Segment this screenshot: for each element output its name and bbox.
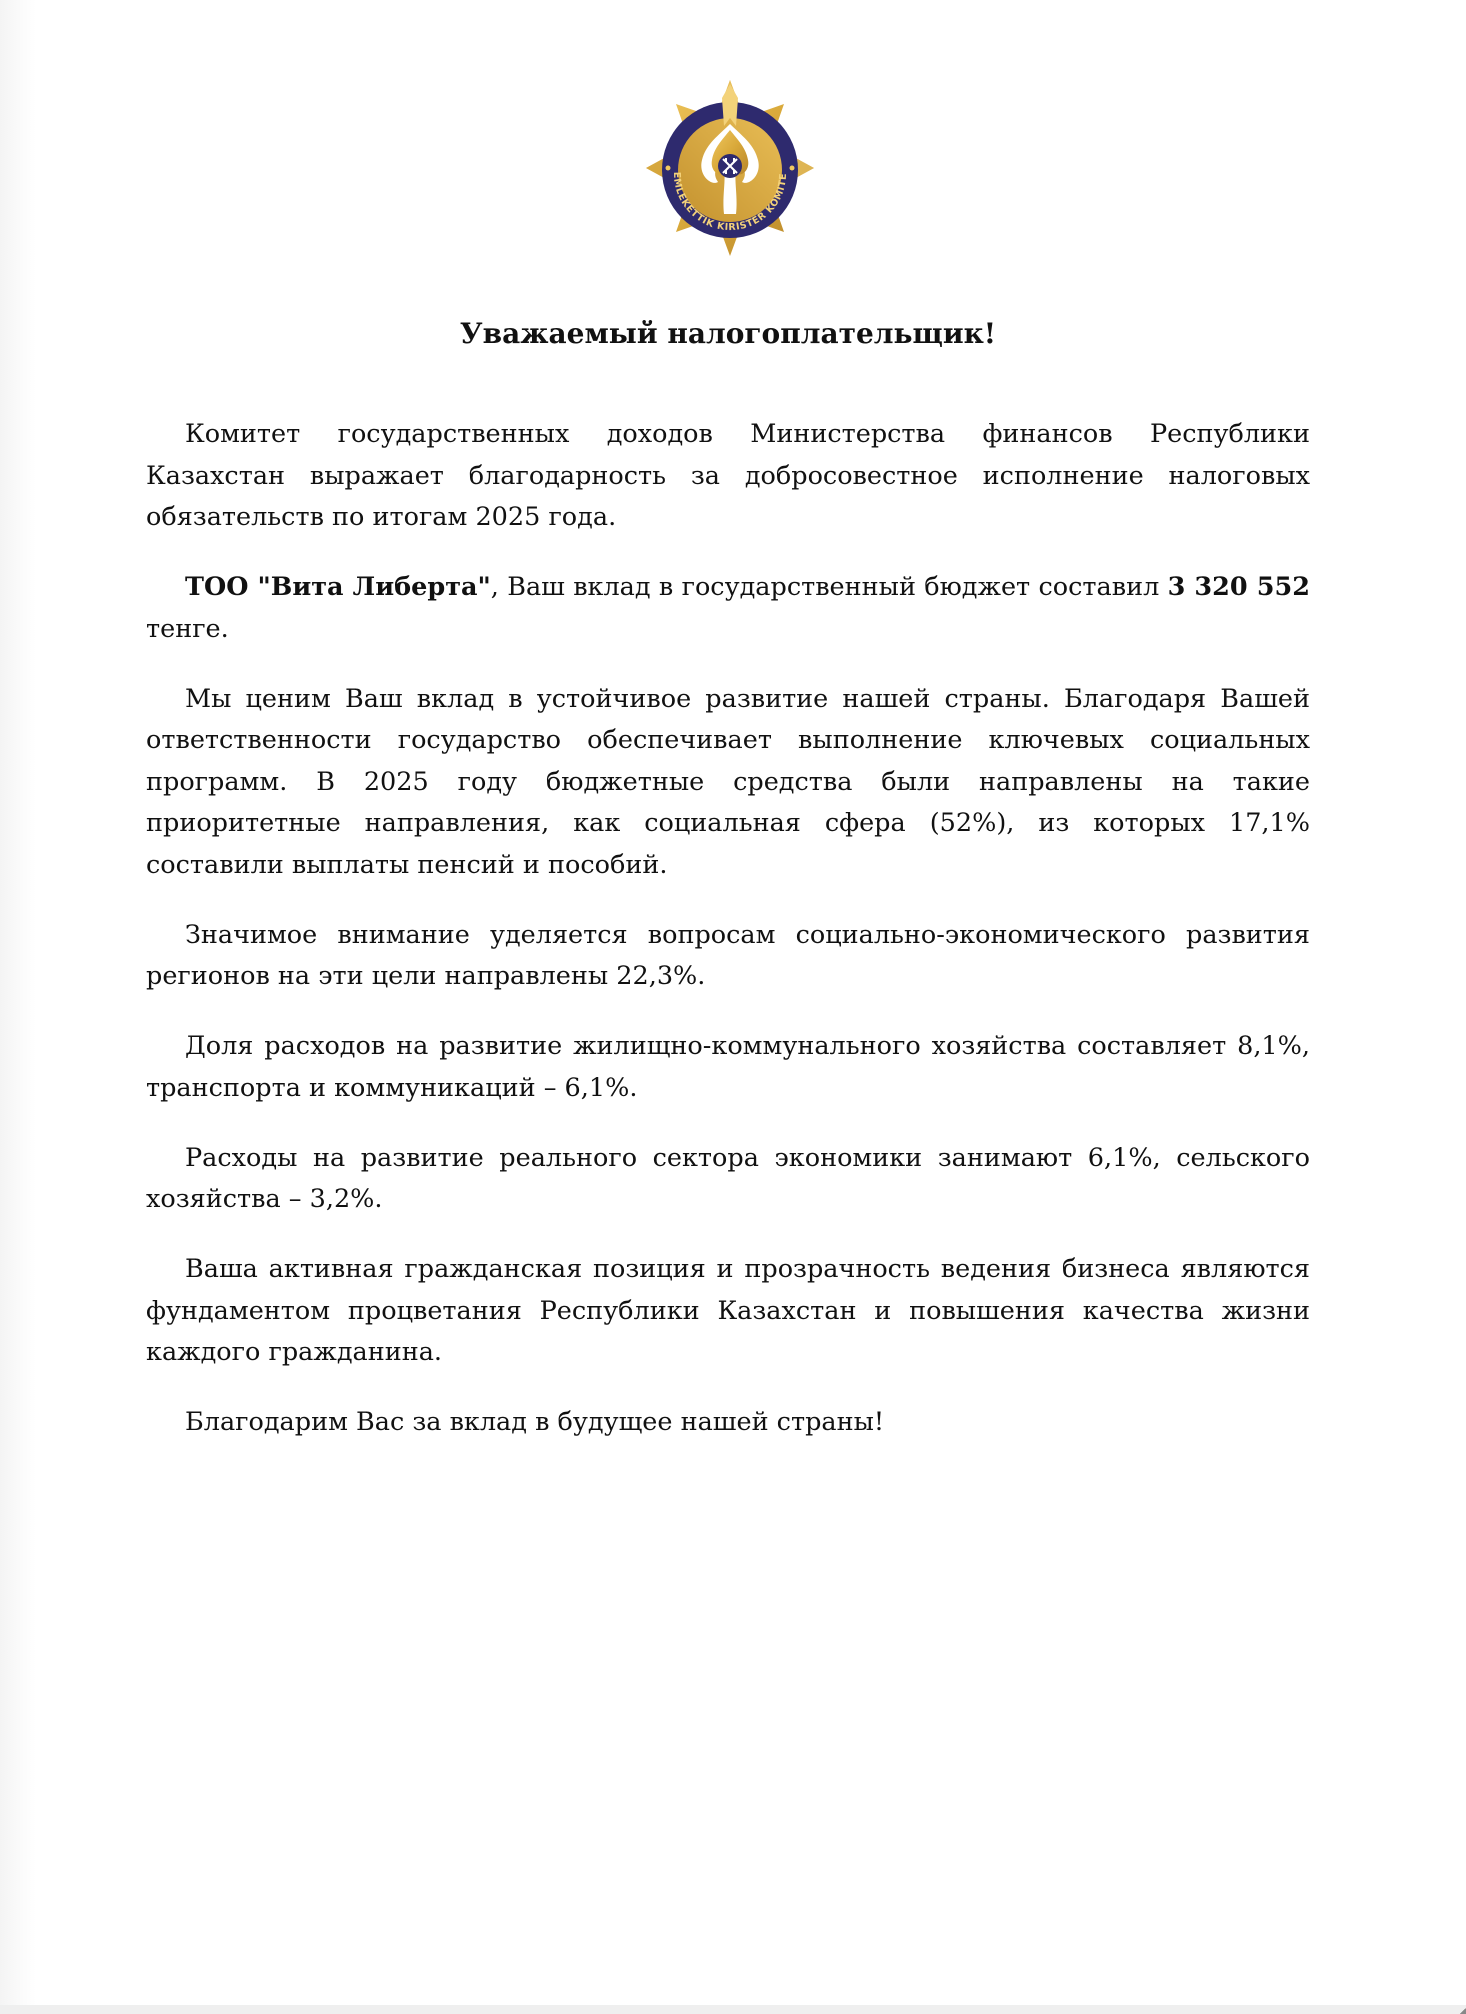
paragraph-civic-position: Ваша активная гражданская позиция и проз…	[146, 1249, 1310, 1374]
paragraph-social-programs: Мы ценим Ваш вклад в устойчивое развитие…	[146, 679, 1310, 887]
currency-text: тенге.	[146, 614, 229, 644]
paragraph-housing-transport: Доля расходов на развитие жилищно-коммун…	[146, 1026, 1310, 1109]
viewer-bottom-bar	[0, 2005, 1466, 2014]
paragraph-regional-development: Значимое внимание уделяется вопросам соц…	[146, 915, 1310, 998]
letter-body: Комитет государственных доходов Министер…	[146, 414, 1310, 1472]
paragraph-contribution: ТОО "Вита Либерта", Ваш вклад в государс…	[146, 567, 1310, 650]
paragraph-real-sector: Расходы на развитие реального сектора эк…	[146, 1138, 1310, 1221]
emblem-logo: MEMLEKETTIK KIRISTER KOMITETI	[636, 78, 824, 258]
emblem-icon: MEMLEKETTIK KIRISTER KOMITETI	[636, 78, 824, 258]
page-edge-shadow	[0, 0, 36, 2006]
paragraph-closing-thanks: Благодарим Вас за вклад в будущее нашей …	[146, 1402, 1310, 1444]
company-name: ТОО "Вита Либерта"	[185, 572, 491, 602]
paragraph-gratitude: Комитет государственных доходов Министер…	[146, 414, 1310, 539]
contribution-amount: 3 320 552	[1168, 572, 1310, 602]
resize-grip-icon[interactable]	[1460, 2008, 1466, 2014]
letter-title: Уважаемый налогоплательщик!	[0, 314, 1456, 354]
contribution-text: , Ваш вклад в государственный бюджет сос…	[491, 572, 1168, 602]
